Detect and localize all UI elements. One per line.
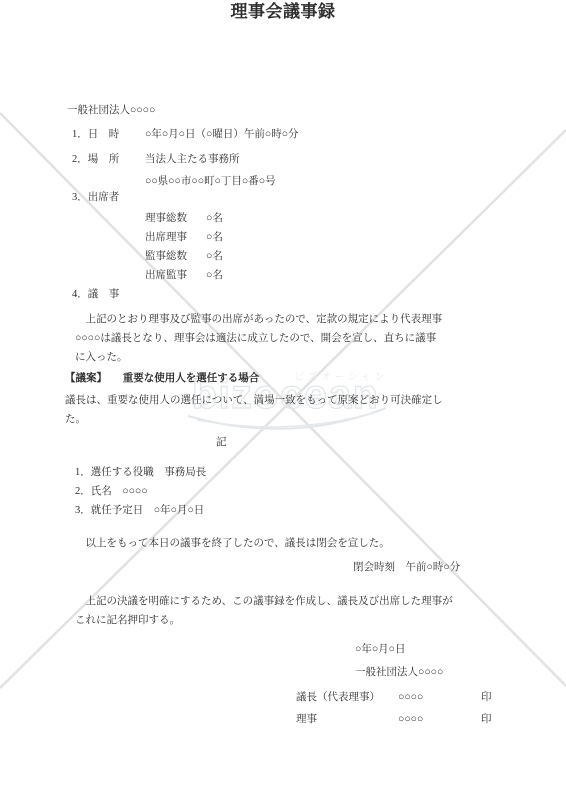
- document-page: ビズオーシャン bizocean 理事会議事録 一般社団法人○○○○ 1．日 時…: [0, 0, 566, 800]
- signature-row-name: ○○○○: [398, 691, 423, 705]
- resolution-paragraph: 議長は、重要な使用人の選任について、満場一致をもって原案どおり可決確定し た。: [65, 392, 515, 430]
- item-datetime-value: ○年○月○日（○曜日）午前○時○分: [145, 128, 299, 142]
- signature-row-name: ○○○○: [398, 713, 423, 727]
- resolution-detail-name: 2．氏名 ○○○○: [75, 485, 148, 499]
- item-label: 場 所: [88, 154, 120, 165]
- item-proceedings-label: 4．議 事: [72, 288, 119, 302]
- ki-marker: 記: [216, 436, 227, 450]
- item-number: 4．: [72, 289, 88, 300]
- attendee-row-label: 出席監事: [145, 269, 187, 283]
- item-datetime-label: 1．日 時: [72, 128, 119, 142]
- attendee-row-count: ○名: [206, 212, 223, 226]
- item-place-value: 当法人主たる事務所: [145, 153, 240, 167]
- attestation-paragraph: 上記の決議を明確にするため、この議事録を作成し、議長及び出席した理事が これに記…: [75, 593, 520, 631]
- signature-date: ○年○月○日: [355, 643, 406, 657]
- signature-row-seal: 印: [481, 691, 492, 705]
- item-attendees-label: 3．出席者: [72, 191, 119, 205]
- item-label: 出席者: [88, 192, 120, 203]
- signature-organization: 一般社団法人○○○○: [355, 666, 443, 680]
- organization-name: 一般社団法人○○○○: [67, 104, 155, 118]
- attendee-row-label: 監事総数: [145, 250, 187, 264]
- closing-time: 閉会時刻 午前○時○分: [353, 561, 460, 575]
- item-place-label: 2．場 所: [72, 153, 119, 167]
- item-number: 2．: [72, 154, 88, 165]
- signature-row-title: 議長（代表理事）: [296, 691, 380, 705]
- signature-row-title: 理事: [296, 713, 317, 727]
- item-number: 1．: [72, 129, 88, 140]
- item-number: 3．: [72, 192, 88, 203]
- closing-sentence: 以上をもって本日の議事を終了したので、議長は閉会を宣した。: [75, 537, 390, 551]
- resolution-detail-role: 1．選任する役職 事務局長: [75, 466, 206, 480]
- attendee-row-count: ○名: [206, 250, 223, 264]
- attendee-row-label: 理事総数: [145, 212, 187, 226]
- item-label: 日 時: [88, 129, 120, 140]
- attendee-row-label: 出席理事: [145, 231, 187, 245]
- signature-row-seal: 印: [481, 713, 492, 727]
- attendee-row-count: ○名: [206, 269, 223, 283]
- resolution-detail-date: 3．就任予定日 ○年○月○日: [75, 504, 204, 518]
- item-place-address: ○○県○○市○○町○丁目○番○号: [145, 175, 276, 189]
- agenda-heading: 【議案】 重要な使用人を選任する場合: [65, 371, 259, 385]
- document-title: 理事会議事録: [0, 0, 566, 23]
- item-label: 議 事: [88, 289, 120, 300]
- opening-paragraph: 上記のとおり理事及び監事の出席があったので、定款の規定により代表理事 ○○○○は…: [75, 311, 520, 367]
- attendee-row-count: ○名: [206, 231, 223, 245]
